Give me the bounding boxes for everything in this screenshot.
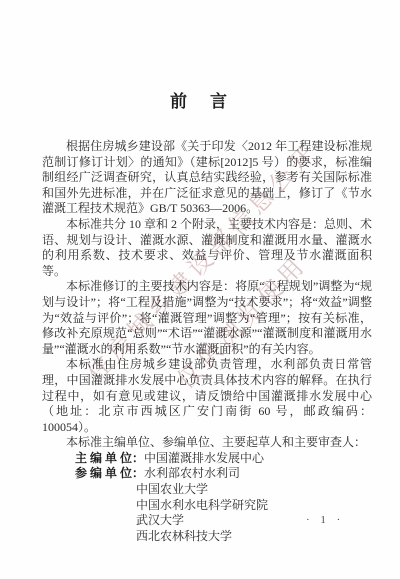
credits-block: 主 编 单 位：中国灌溉排水发展中心 参 编 单 位：水利部农村水利司 <box>75 451 372 482</box>
foreword-paragraph-4: 本标准由住房城乡建设部负责管理，水利部负责日常管理，中国灌溉排水发展中心负责具体… <box>42 357 372 435</box>
co-editor-line: 参 编 单 位：水利部农村水利司 <box>75 466 372 482</box>
co-editor-item: 西北农林科技大学 <box>136 529 372 545</box>
chief-editor-line: 主 编 单 位：中国灌溉排水发展中心 <box>75 451 372 467</box>
chief-editor-label: 主 编 单 位： <box>75 451 144 465</box>
foreword-paragraph-3: 本标准修订的主要技术内容是：将原“工程规划”调整为“规划与设计”；将“工程及措施… <box>42 279 372 357</box>
foreword-paragraph-2: 本标准共分 10 章和 2 个附录，主要技术内容是：总则、术语、规划与设计、灌溉… <box>42 217 372 279</box>
chief-editor-value: 中国灌溉排水发展中心 <box>144 451 264 465</box>
co-editor-first: 水利部农村水利司 <box>144 466 240 480</box>
foreword-body: 根据住房城乡建设部《关于印发〈2012 年工程建设标准规范制订修订计划〉的通知》… <box>42 139 372 544</box>
co-editor-item: 中国农业大学 <box>136 482 372 498</box>
foreword-paragraph-1: 根据住房城乡建设部《关于印发〈2012 年工程建设标准规范制订修订计划〉的通知》… <box>42 139 372 217</box>
co-editor-item: 中国水利水电科学研究院 <box>136 498 372 514</box>
page-number: · 1 · <box>306 514 344 526</box>
foreword-paragraph-5: 本标准主编单位、参编单位、主要起草人和主要审查人： <box>42 435 372 451</box>
document-page: 住房城乡建设部信息公开 仅供浏览使用 前 言 根据住房城乡建设部《关于印发〈20… <box>0 0 400 579</box>
page-title: 前 言 <box>0 87 400 112</box>
co-editor-label: 参 编 单 位： <box>75 466 144 480</box>
